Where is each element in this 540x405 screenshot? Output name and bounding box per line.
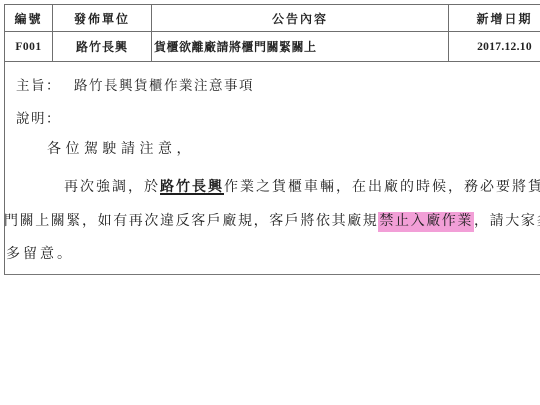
header-cell-content: 公告內容: [152, 5, 449, 31]
paragraph-main-1: 再次強調，於路竹長興作業之貨櫃車輛，在出廠的時候，務必要將貨櫃: [64, 176, 540, 196]
paragraph-greeting: 各位駕駛請注意，: [47, 138, 195, 158]
emphasized-company-name: 路竹長興: [160, 180, 224, 195]
header-cell-date: 新增日期: [449, 5, 540, 31]
cell-unit: 路竹長興: [53, 32, 152, 61]
description-label: 說明：: [16, 107, 61, 127]
text-segment: 門關上關緊，如有再次違反客戶廠規，客戶將依其廠規: [4, 214, 378, 229]
cell-number: F001: [5, 32, 53, 61]
table-header-row: 編號 發佈單位 公告內容 新增日期: [5, 5, 540, 32]
header-cell-number: 編號: [5, 5, 53, 31]
announcement-table: 編號 發佈單位 公告內容 新增日期 F001 路竹長興 貨櫃欲離廠請將櫃門關緊關…: [4, 4, 540, 62]
text-segment: 作業之貨櫃車輛，在出廠的時候，務必要將貨櫃: [224, 180, 540, 195]
text-segment: 再次強調，於: [64, 180, 160, 195]
cell-date: 2017.12.10: [449, 32, 540, 61]
subject-line: 主旨：路竹長興貨櫃作業注意事項: [16, 74, 254, 94]
subject-label: 主旨：: [16, 78, 61, 93]
table-data-row: F001 路竹長興 貨櫃欲離廠請將櫃門關緊關上 2017.12.10: [5, 32, 540, 61]
text-segment: ，請大家多: [474, 214, 540, 229]
header-cell-unit: 發佈單位: [53, 5, 152, 31]
subject-text: 路竹長興貨櫃作業注意事項: [74, 78, 254, 93]
document-wrapper: 編號 發佈單位 公告內容 新增日期 F001 路竹長興 貨櫃欲離廠請將櫃門關緊關…: [4, 4, 540, 275]
notice-body: 主旨：路竹長興貨櫃作業注意事項 說明： 各位駕駛請注意， 再次強調，於路竹長興作…: [4, 62, 540, 275]
highlighted-penalty-text: 禁止入廠作業: [378, 212, 474, 232]
scanned-notice-page: 編號 發佈單位 公告內容 新增日期 F001 路竹長興 貨櫃欲離廠請將櫃門關緊關…: [0, 0, 540, 405]
paragraph-closing: 多留意。: [6, 243, 74, 263]
paragraph-main-2: 門關上關緊，如有再次違反客戶廠規，客戶將依其廠規禁止入廠作業，請大家多: [4, 210, 540, 230]
cell-content: 貨櫃欲離廠請將櫃門關緊關上: [152, 32, 449, 61]
